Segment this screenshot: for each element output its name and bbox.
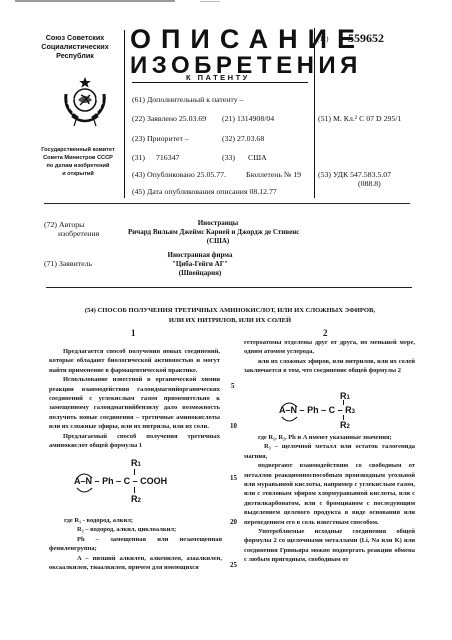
bond-vertical: [134, 487, 135, 493]
state-emblem-icon: [58, 76, 112, 128]
divider-vertical: [124, 30, 125, 198]
applicant-type: Иностранная фирма: [150, 251, 250, 259]
field-61: (61) Дополнительный к патенту –: [132, 95, 243, 104]
paragraph: гетероатомы отделены друг от друга, по м…: [244, 338, 415, 357]
formula-bond: –: [133, 476, 138, 486]
formula-2-r1: R1: [340, 391, 350, 401]
field-45: (45) Дата опубликования описания 08.12.7…: [132, 187, 277, 196]
definition: Ph – замещенная или незамещенная фенилен…: [49, 535, 222, 554]
committee-line: и открытий: [30, 170, 126, 178]
field-51: (51) М. Кл.² C 07 D 295/1: [318, 114, 401, 123]
definition: R₂ – водород, алкил, циклоалкил;: [64, 525, 222, 534]
column-number-2: 2: [323, 328, 328, 338]
bond-vertical: [134, 469, 135, 475]
committee-name: Государственный комитет Совета Министров…: [30, 146, 126, 178]
field-23: (23) Приоритет –: [132, 134, 189, 143]
authors-label-2: изобретения: [58, 229, 99, 238]
formula-c: C: [124, 476, 131, 486]
line-number: 5: [231, 382, 235, 390]
formula-ph: Ph: [307, 405, 319, 415]
scan-top-mark: [200, 1, 220, 2]
line-number: 20: [230, 518, 237, 526]
paragraph: Предлагаемый способ получения третичных …: [49, 432, 220, 451]
formula-bond: –: [116, 476, 121, 486]
field-33-code: (33): [222, 153, 235, 162]
r-subscript: 1: [138, 462, 141, 468]
invention-title: (54) СПОСОБ ПОЛУЧЕНИЯ ТРЕТИЧНЫХ АМИНОКИС…: [40, 307, 420, 314]
paragraph: Использование известной в органической х…: [49, 375, 220, 431]
document-subtitle: К ПАТЕНТУ: [186, 73, 250, 82]
formula-tail-subscript: 3: [352, 409, 355, 415]
r-subscript: 2: [347, 424, 350, 430]
column-1-text: Предлагается способ получения новых соед…: [49, 347, 220, 450]
field-43-bulletin: Бюллетень № 19: [246, 170, 301, 179]
field-43: (43) Опубликовано 25.05.77.: [132, 170, 226, 179]
authors-label: (72) Авторы: [44, 220, 84, 229]
field-21: (21) 1314908/04: [222, 114, 274, 123]
authors-nationality: Иностранцы: [128, 219, 308, 227]
country-line: Республик: [30, 51, 120, 60]
formula-2-r2: R2: [340, 420, 350, 430]
formula-1-r1: R1: [131, 458, 141, 468]
section-rule: [46, 287, 412, 288]
authors-names: Ричард Вильям Джеймс Карней и Джордж де …: [128, 228, 299, 236]
document-title: ОПИСАНИЕ: [130, 24, 365, 54]
r-subscript: 1: [347, 395, 350, 401]
applicant-country: (Швейцария): [150, 269, 250, 277]
line-number: 10: [230, 422, 237, 430]
formula-c: C: [329, 405, 336, 415]
line-number: 15: [230, 474, 237, 482]
formula-tail: COOH: [140, 476, 167, 486]
field-31-code: (31): [132, 153, 145, 162]
column-2-text-2: где R₁, R₂, Ph и A имеют указанные значе…: [244, 433, 415, 565]
formula-1-r2: R2: [131, 494, 141, 504]
column-2-text: гетероатомы отделены друг от друга, по м…: [244, 338, 415, 376]
section-rule: [44, 203, 410, 204]
definition: R₃ – щелочной металл или остаток галоген…: [244, 442, 415, 461]
title-rule: [132, 82, 308, 83]
authors-country: (США): [128, 237, 308, 245]
country-line: Социалистических: [30, 42, 120, 51]
field-31-value: 716347: [156, 153, 179, 162]
patent-number: 559652: [348, 31, 384, 46]
field-53-sub: (088.8): [358, 179, 381, 188]
formula-bond: –: [338, 405, 343, 415]
applicant-name: "Циба-Гейги АГ": [150, 260, 250, 268]
field-22: (22) Заявлено 25.03.69: [132, 114, 206, 123]
column-1-definitions-2: Ph – замещенная или незамещенная фенилен…: [49, 535, 222, 573]
line-number: 25: [230, 561, 237, 569]
applicant-label: (71) Заявитель: [44, 259, 92, 268]
definition: где R₁, R₂, Ph и A имеют указанные значе…: [244, 433, 415, 442]
paragraph: подвергают взаимодействию со свободным о…: [244, 461, 415, 527]
ring-arc-icon: [70, 470, 100, 496]
column-number-1: 1: [131, 328, 136, 338]
field-33-value: США: [248, 153, 267, 162]
committee-line: Государственный комитет: [30, 146, 126, 154]
committee-line: по делам изобретений: [30, 162, 126, 170]
field-53: (53) УДК 547.583.5.07: [318, 170, 391, 179]
definition: A – низший алкилен, алкенилен, азаалкиле…: [49, 554, 222, 573]
ring-arc-icon: [275, 399, 305, 425]
field-32: (32) 27.03.68: [222, 134, 264, 143]
r-subscript: 2: [138, 498, 141, 504]
formula-ph: Ph: [102, 476, 114, 486]
country-line: Союз Советских: [30, 33, 120, 42]
paragraph: Предлагается способ получения новых соед…: [49, 347, 220, 375]
scan-top-edge: [15, 0, 175, 2]
country-name: Союз Советских Социалистических Республи…: [30, 33, 120, 60]
paragraph: или их сложных эфиров, или нитрилов, или…: [244, 357, 415, 376]
patent-number-code: (11): [317, 35, 328, 43]
committee-line: Совета Министров СССР: [30, 154, 126, 162]
invention-title-line2: ИЛИ ИХ НИТРИЛОВ, ИЛИ ИХ СОЛЕЙ: [40, 317, 420, 324]
formula-bond: –: [321, 405, 326, 415]
definition: где R₁ - водород, алкил;: [64, 516, 222, 525]
paragraph: Употребляемые исходные соединения общей …: [244, 527, 415, 565]
bond-vertical: [343, 400, 344, 405]
column-1-definitions: где R₁ - водород, алкил; R₂ – водород, а…: [64, 516, 222, 535]
